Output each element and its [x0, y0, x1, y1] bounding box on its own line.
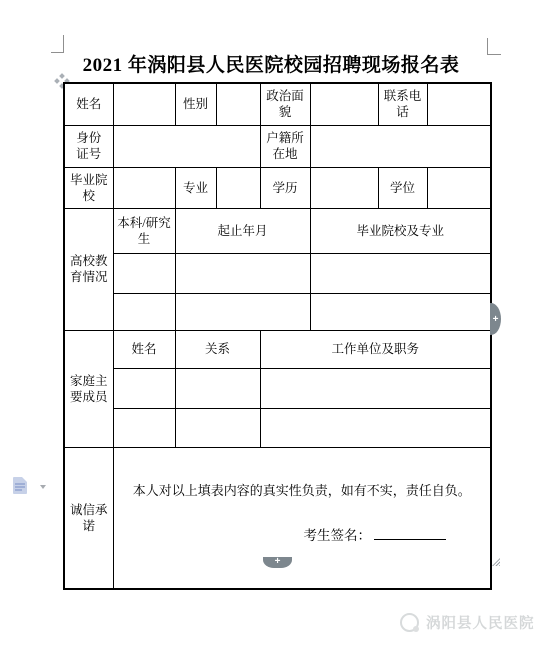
edu-school-major-header: 毕业院校及专业	[310, 208, 491, 253]
graduate-school-label: 毕业院 校	[64, 167, 113, 208]
edu-stage-input-cell[interactable]	[113, 253, 175, 293]
page-title: 2021 年涡阳县人民医院校园招聘现场报名表	[0, 50, 542, 77]
political-status-label: 政治面 貌	[260, 83, 310, 125]
political-status-input-cell[interactable]	[310, 83, 378, 125]
hospital-watermark: 涡阳县人民医院	[400, 612, 535, 633]
family-name-input-cell[interactable]	[113, 368, 175, 408]
signature-line[interactable]	[374, 528, 446, 540]
major-input-cell[interactable]	[216, 167, 260, 208]
edu-period-input-cell[interactable]	[175, 293, 310, 330]
household-input-cell[interactable]	[310, 125, 491, 167]
major-label: 专业	[175, 167, 216, 208]
gender-label: 性别	[175, 83, 216, 125]
name-input-cell[interactable]	[113, 83, 175, 125]
integrity-statement: 本人对以上填表内容的真实性负责，如有不实，责任自负。	[116, 483, 489, 500]
family-relation-input-cell[interactable]	[175, 408, 260, 447]
registration-form-table: 姓名 性别 政治面 貌 联系电 话 身份 证号 户籍所 在地 毕业院 校 专业	[63, 82, 492, 590]
paste-options-widget[interactable]	[13, 477, 51, 497]
edu-school-major-input-cell[interactable]	[310, 253, 491, 293]
edu-period-header: 起止年月	[175, 208, 310, 253]
graduate-school-input-cell[interactable]	[113, 167, 175, 208]
family-employer-input-cell[interactable]	[260, 368, 491, 408]
family-section-label: 家庭主 要成员	[64, 330, 113, 447]
paste-document-icon[interactable]	[13, 477, 27, 494]
add-column-button[interactable]: +	[490, 303, 501, 335]
family-name-header: 姓名	[113, 330, 175, 368]
education-input-cell[interactable]	[310, 167, 378, 208]
integrity-content-cell: 本人对以上填表内容的真实性负责，如有不实，责任自负。 考生签名：	[113, 447, 491, 589]
family-relation-header: 关系	[175, 330, 260, 368]
family-employer-input-cell[interactable]	[260, 408, 491, 447]
chevron-down-icon[interactable]	[40, 485, 46, 489]
watermark-text: 涡阳县人民医院	[426, 612, 535, 633]
household-label: 户籍所 在地	[260, 125, 310, 167]
integrity-section-label: 诚信承 诺	[64, 447, 113, 589]
family-employer-header: 工作单位及职务	[260, 330, 491, 368]
id-number-input-cell[interactable]	[113, 125, 260, 167]
family-name-input-cell[interactable]	[113, 408, 175, 447]
edu-stage-input-cell[interactable]	[113, 293, 175, 330]
contact-phone-input-cell[interactable]	[427, 83, 491, 125]
signature-label: 考生签名：	[304, 528, 372, 543]
degree-label: 学位	[378, 167, 427, 208]
degree-input-cell[interactable]	[427, 167, 491, 208]
hospital-logo-icon	[400, 613, 419, 632]
document-page: 2021 年涡阳县人民医院校园招聘现场报名表 姓名 性别 政治面 貌 联系电 话…	[0, 0, 542, 649]
contact-phone-label: 联系电 话	[378, 83, 427, 125]
edu-period-input-cell[interactable]	[175, 253, 310, 293]
edu-school-major-input-cell[interactable]	[310, 293, 491, 330]
name-label: 姓名	[64, 83, 113, 125]
edu-stage-header: 本科/研究 生	[113, 208, 175, 253]
gender-input-cell[interactable]	[216, 83, 260, 125]
add-row-button[interactable]: +	[263, 557, 292, 568]
table-resize-handle[interactable]	[492, 558, 500, 566]
candidate-signature: 考生签名：	[304, 527, 447, 544]
education-label: 学历	[260, 167, 310, 208]
family-relation-input-cell[interactable]	[175, 368, 260, 408]
id-number-label: 身份 证号	[64, 125, 113, 167]
higher-education-section-label: 高校教 育情况	[64, 208, 113, 330]
